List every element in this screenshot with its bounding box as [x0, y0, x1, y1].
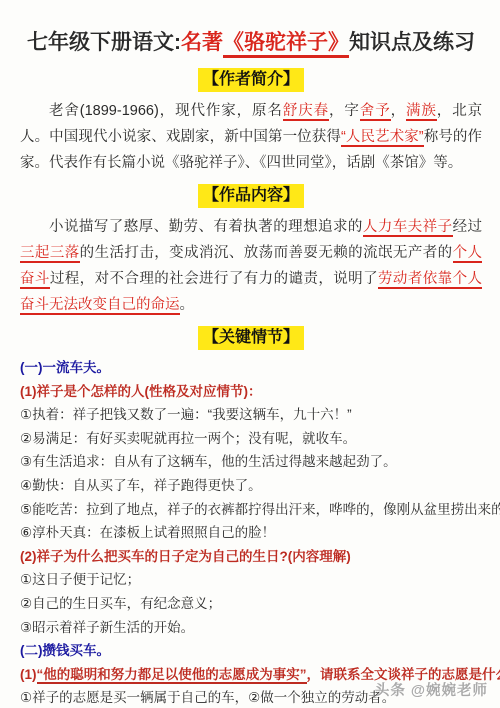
list-item: ③昭示着祥子新生活的开始。 [20, 616, 482, 640]
text-segment: 的生活打击，变成消沉、放荡而善耍无赖的流氓无产者的 [80, 245, 453, 261]
text-segment: ③有生活追求：自从有了这辆车，他的生活过得越来越起劲了。 [20, 454, 397, 469]
text-segment: ①祥子的志愿是买一辆属于自己的车，②做一个独立的劳动者。 [20, 690, 395, 705]
section-header-row-key-plot: 【关键情节】 [20, 326, 482, 350]
watermark: 头条 @婉婉老师 [375, 679, 488, 700]
text-segment: 小说描写了憨厚、勤劳、有着执著的理想追求的 [49, 219, 363, 235]
text-segment: ，字 [329, 103, 360, 119]
author-intro-paragraph: 老舍(1899-1966)，现代作家，原名舒庆春，字舍予，满族，北京人。中国现代… [20, 98, 482, 176]
text-segment: 七年级下册语文: [27, 31, 181, 54]
list-item: ④勤快：自从买了车，祥子跑得更快了。 [20, 474, 482, 498]
key-plot-list: (一)一流车夫。(1)祥子是个怎样的人(性格及对应情节)：①执着：祥子把钱又数了… [20, 356, 482, 708]
text-segment: ⑤能吃苦：拉到了地点，祥子的衣裤都拧得出汗来，哗哗的，像刚从盆里捞出来的。 [20, 502, 500, 517]
text-segment: 过程，对不合理的社会进行了有力的谴责，说明了 [50, 271, 378, 287]
list-item: ①执着：祥子把钱又数了一遍：“我要这辆车，九十六！” [20, 403, 482, 427]
section-header-row-content: 【作品内容】 [20, 184, 482, 208]
text-segment: 名著 [181, 31, 223, 54]
text-segment: “他的聪明和努力都足以使他的志愿成为事实” [37, 667, 307, 684]
text-segment: ①这日子便于记忆； [20, 572, 140, 587]
text-segment: 舍予 [360, 103, 391, 121]
text-segment: (二)攒钱买车。 [20, 643, 110, 658]
list-item: ③有生活追求：自从有了这辆车，他的生活过得越来越起劲了。 [20, 450, 482, 474]
text-segment: ⑥淳朴天真：在漆板上试着照照自己的脸！ [20, 525, 275, 540]
section-header-work-content: 【作品内容】 [198, 184, 304, 208]
text-segment: 。 [180, 297, 195, 313]
list-item: ⑤能吃苦：拉到了地点，祥子的衣裤都拧得出汗来，哗哗的，像刚从盆里捞出来的。 [20, 498, 482, 522]
text-segment: 三起三落 [20, 245, 80, 263]
text-segment: ②自己的生日买车，有纪念意义； [20, 596, 221, 611]
text-segment: 满族 [406, 103, 437, 121]
text-segment: (1) [20, 667, 37, 682]
text-segment: 经过 [453, 219, 482, 235]
text-segment: (一)一流车夫。 [20, 360, 110, 375]
text-segment: ①执着：祥子把钱又数了一遍：“我要这辆车，九十六！” [20, 407, 352, 422]
text-segment: (2)祥子为什么把买车的日子定为自己的生日?(内容理解) [20, 549, 351, 564]
text-segment: 老舍(1899-1966)，现代作家，原名 [49, 103, 283, 119]
work-content-paragraph: 小说描写了憨厚、勤劳、有着执著的理想追求的人力车夫祥子经过三起三落的生活打击，变… [20, 214, 482, 318]
text-segment: 舒庆春 [283, 103, 329, 121]
text-segment: ②易满足：有好买卖呢就再拉一两个；没有呢，就收车。 [20, 431, 356, 446]
text-segment: 人力车夫祥子 [363, 219, 453, 237]
document-page: 七年级下册语文:名著《骆驼祥子》知识点及练习 【作者简介】 老舍(1899-19… [0, 0, 500, 708]
list-item: ②自己的生日买车，有纪念意义； [20, 592, 482, 616]
text-segment: 知识点及练习 [349, 31, 475, 54]
section-header-row-author: 【作者简介】 [20, 68, 482, 92]
page-title: 七年级下册语文:名著《骆驼祥子》知识点及练习 [20, 28, 482, 58]
section-header-author-intro: 【作者简介】 [198, 68, 304, 92]
list-item: ①这日子便于记忆； [20, 568, 482, 592]
text-segment: ④勤快：自从买了车，祥子跑得更快了。 [20, 478, 262, 493]
text-segment: “人民艺术家” [341, 129, 424, 147]
list-item: (一)一流车夫。 [20, 356, 482, 380]
text-segment: 《骆驼祥子》 [223, 31, 349, 58]
list-item: (二)攒钱买车。 [20, 639, 482, 663]
text-segment: ③昭示着祥子新生活的开始。 [20, 620, 194, 635]
list-item: ⑥淳朴天真：在漆板上试着照照自己的脸！ [20, 521, 482, 545]
list-item: ②易满足：有好买卖呢就再拉一两个；没有呢，就收车。 [20, 427, 482, 451]
list-item: (2)祥子为什么把买车的日子定为自己的生日?(内容理解) [20, 545, 482, 569]
list-item: (1)祥子是个怎样的人(性格及对应情节)： [20, 380, 482, 404]
section-header-key-plot: 【关键情节】 [198, 326, 304, 350]
text-segment: (1)祥子是个怎样的人(性格及对应情节)： [20, 384, 262, 399]
text-segment: ， [391, 103, 406, 119]
